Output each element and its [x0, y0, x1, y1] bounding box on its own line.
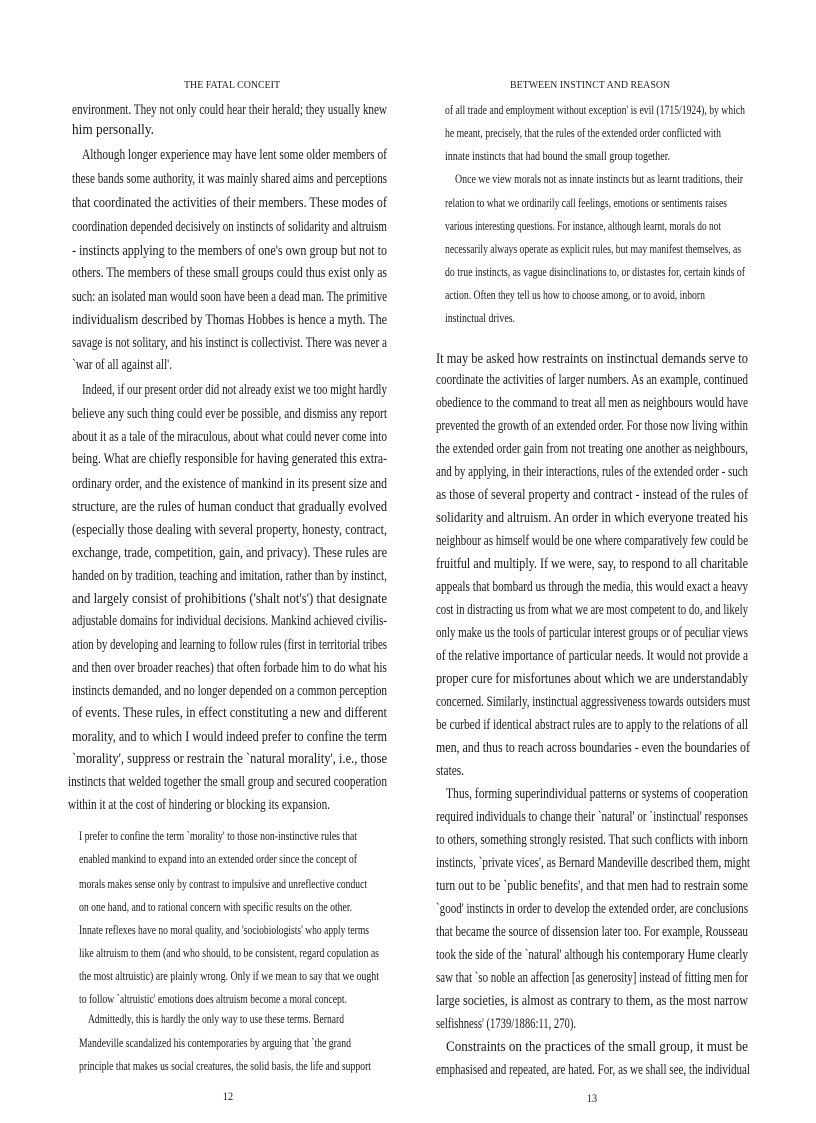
text-line: morality, and to which I would indeed pr… [72, 729, 387, 746]
text-line: others. The members of these small group… [72, 265, 387, 282]
text-line: only make us the tools of particular int… [436, 625, 748, 642]
text-line: about it as a tale of the miraculous, ab… [72, 429, 387, 446]
running-head-left: THE FATAL CONCEIT [184, 79, 280, 91]
text-line: I prefer to confine the term `morality' … [79, 829, 357, 844]
text-line: within it at the cost of hindering or bl… [68, 797, 330, 814]
running-head-right: BETWEEN INSTINCT AND REASON [510, 79, 670, 91]
text-line: Thus, forming superindividual patterns o… [446, 786, 748, 803]
text-line: obedience to the command to treat all me… [436, 395, 748, 412]
text-line: exchange, trade, competition, gain, and … [72, 545, 387, 562]
text-line: men, and thus to reach across boundaries… [436, 740, 750, 757]
text-line: neighbour as himself would be one where … [436, 533, 748, 550]
text-line: morals makes sense only by contrast to i… [79, 877, 367, 892]
text-line: that coordinated the activities of their… [72, 195, 387, 212]
text-line: believe any such thing could ever be pos… [72, 406, 387, 423]
text-line: ordinary order, and the existence of man… [72, 476, 387, 493]
text-line: him personally. [72, 122, 154, 139]
text-line: adjustable domains for individual decisi… [72, 613, 387, 630]
text-line: of all trade and employment without exce… [445, 103, 745, 118]
text-line: instincts demanded, and no longer depend… [72, 683, 387, 700]
text-line: turn out to be `public benefits', and th… [436, 878, 748, 895]
text-line: to follow `altruistic' emotions does alt… [79, 992, 347, 1007]
text-line: required individuals to change their `na… [436, 809, 748, 826]
text-line: such: an isolated man would soon have be… [72, 289, 387, 306]
text-line: instincts, `private vices', as Bernard M… [436, 855, 750, 872]
text-line: individualism described by Thomas Hobbes… [72, 312, 387, 329]
text-line: and by applying, in their interactions, … [436, 464, 748, 481]
text-line: states. [436, 763, 464, 780]
text-line: prevented the growth of an extended orde… [436, 418, 748, 435]
right-page: BETWEEN INSTINCT AND REASON of all trade… [408, 0, 816, 1123]
text-line: these bands some authority, it was mainl… [72, 171, 387, 188]
text-line: of events. These rules, in effect consti… [72, 705, 387, 722]
text-line: on one hand, and to rational concern wit… [79, 900, 352, 915]
text-line: the most altruistic) are plainly wrong. … [79, 969, 379, 984]
left-page: THE FATAL CONCEIT environment. They not … [0, 0, 408, 1123]
text-line: emphasised and repeated, are hated. For,… [436, 1062, 750, 1079]
page-number-right: 13 [587, 1091, 597, 1106]
text-line: do true instincts, as vague disinclinati… [445, 265, 745, 280]
text-line: `good' instincts in order to develop the… [436, 901, 748, 918]
text-line: be curbed if identical abstract rules ar… [436, 717, 748, 734]
text-line: - instincts applying to the members of o… [72, 243, 387, 260]
text-line: proper cure for misfortunes about which … [436, 671, 748, 688]
text-line: necessarily always operate as explicit r… [445, 242, 741, 257]
text-line: coordination depended decisively on inst… [72, 219, 387, 236]
text-line: concerned. Similarly, instinctual aggres… [436, 694, 750, 711]
text-line: that became the source of dissension lat… [436, 924, 748, 941]
text-line: `war of all against all'. [72, 357, 172, 374]
text-line: Admittedly, this is hardly the only way … [88, 1012, 344, 1027]
text-line: instinctual drives. [445, 311, 515, 326]
text-line: Constraints on the practices of the smal… [446, 1039, 748, 1056]
text-line: Although longer experience may have lent… [82, 147, 387, 164]
text-line: saw that `so noble an affection [as gene… [436, 970, 748, 987]
text-line: solidarity and altruism. An order in whi… [436, 510, 748, 527]
text-line: coordinate the activities of larger numb… [436, 372, 748, 389]
text-line: took the side of the `natural' although … [436, 947, 748, 964]
text-line: fruitful and multiply. If we were, say, … [436, 556, 748, 573]
page-number-left: 12 [223, 1089, 233, 1104]
text-line: environment. They not only could hear th… [72, 102, 387, 119]
text-line: savage is not solitary, and his instinct… [72, 335, 387, 352]
text-line: various interesting questions. For insta… [445, 219, 721, 234]
text-line: to others, something strongly resisted. … [436, 832, 748, 849]
text-line: being. What are chiefly responsible for … [72, 451, 387, 468]
text-line: the extended order gain from not treatin… [436, 441, 748, 458]
text-line: Innate reflexes have no moral quality, a… [79, 923, 369, 938]
text-line: large societies, is almost as contrary t… [436, 993, 748, 1010]
text-line: cost in distracting us from what we are … [436, 602, 748, 619]
text-line: enabled mankind to expand into an extend… [79, 852, 357, 867]
text-line: (especially those dealing with several p… [72, 522, 387, 539]
text-line: action. Often they tell us how to choose… [445, 288, 705, 303]
text-line: structure, are the rules of human conduc… [72, 499, 387, 516]
text-line: Once we view morals not as innate instin… [455, 172, 743, 187]
text-line: It may be asked how restraints on instin… [436, 351, 748, 368]
text-line: ation by developing and learning to foll… [72, 637, 387, 654]
text-line: Mandeville scandalized his contemporarie… [79, 1036, 351, 1051]
text-line: of the relative importance of particular… [436, 648, 748, 665]
text-line: instincts that welded together the small… [68, 774, 387, 791]
text-line: Indeed, if our present order did not alr… [82, 382, 387, 399]
text-line: and then over broader reaches) that ofte… [72, 660, 387, 677]
text-line: as those of several property and contrac… [436, 487, 748, 504]
text-line: innate instincts that had bound the smal… [445, 149, 670, 164]
text-line: selfishness' (1739/1886:11, 270). [436, 1016, 576, 1033]
text-line: appeals that bombard us through the medi… [436, 579, 748, 596]
text-line: relation to what we ordinarily call feel… [445, 196, 727, 211]
text-line: `morality', suppress or restrain the `na… [72, 751, 387, 768]
text-line: like altruism to them (and who should, t… [79, 946, 379, 961]
text-line: principle that makes us social creatures… [79, 1059, 371, 1074]
text-line: and largely consist of prohibitions ('sh… [72, 591, 387, 608]
text-line: handed on by tradition, teaching and imi… [72, 568, 387, 585]
text-line: he meant, precisely, that the rules of t… [445, 126, 721, 141]
